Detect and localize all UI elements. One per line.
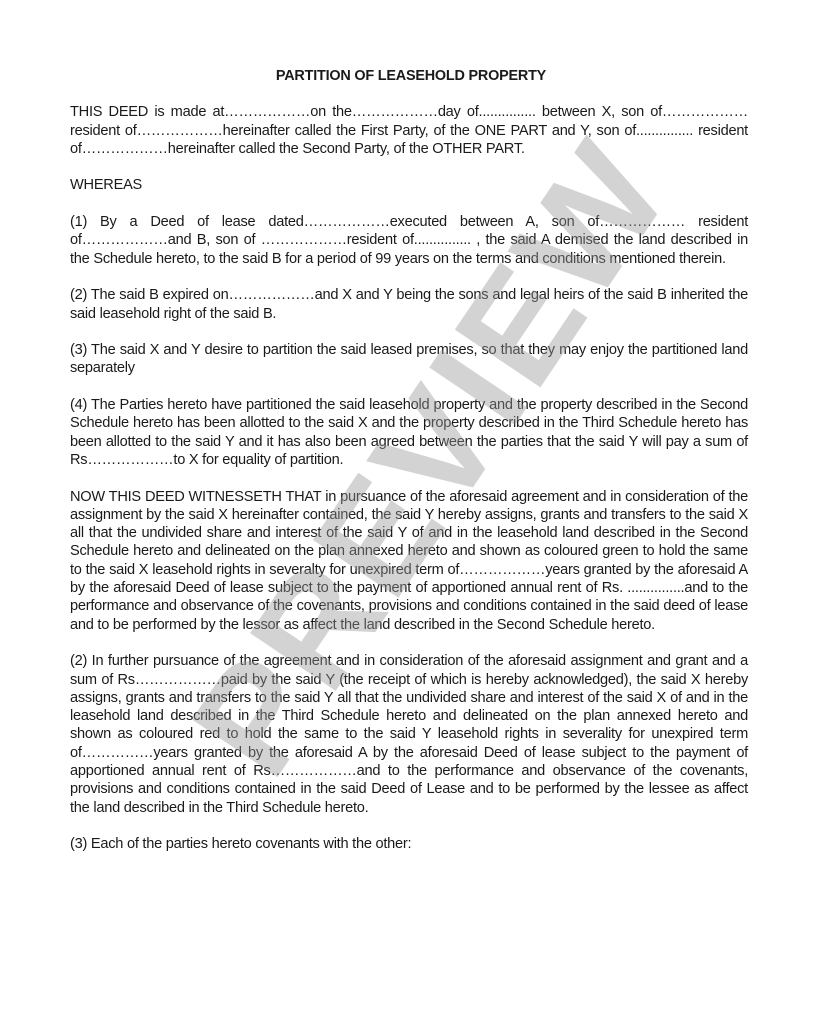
- document-title: PARTITION OF LEASEHOLD PROPERTY: [70, 67, 748, 85]
- paragraph-clause-2: (2) In further pursuance of the agreemen…: [70, 652, 748, 817]
- paragraph-whereas-heading: WHEREAS: [70, 176, 748, 194]
- paragraph-recital-3: (3) The said X and Y desire to partition…: [70, 341, 748, 378]
- paragraph-witnesseth: NOW THIS DEED WITNESSETH THAT in pursuan…: [70, 488, 748, 634]
- paragraph-preamble: THIS DEED is made at………………on the………………da…: [70, 103, 748, 158]
- paragraph-clause-3: (3) Each of the parties hereto covenants…: [70, 835, 748, 853]
- document-page: PARTITION OF LEASEHOLD PROPERTY THIS DEE…: [0, 0, 819, 1024]
- paragraph-recital-1: (1) By a Deed of lease dated………………execut…: [70, 213, 748, 268]
- paragraph-recital-4: (4) The Parties hereto have partitioned …: [70, 396, 748, 469]
- paragraph-recital-2: (2) The said B expired on………………and X and…: [70, 286, 748, 323]
- document-body: PARTITION OF LEASEHOLD PROPERTY THIS DEE…: [70, 67, 748, 872]
